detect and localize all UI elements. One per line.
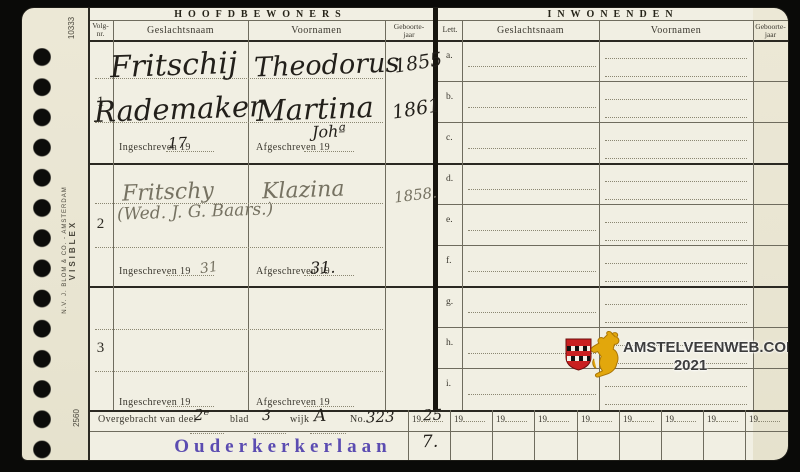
- row-letter: a.: [446, 51, 453, 61]
- section-title-inwonenden: INWONENDEN: [438, 9, 788, 20]
- year-cell: 19: [496, 412, 527, 424]
- fill-in-line: [716, 412, 738, 422]
- no-label: No.: [350, 414, 366, 425]
- lion-rampant-icon: [588, 330, 624, 378]
- handwritten-surname: Fritschij: [109, 46, 237, 85]
- cell-border: [661, 410, 662, 460]
- row-letter: e.: [446, 215, 453, 225]
- writing-line: [468, 189, 596, 190]
- cell-border: [492, 410, 493, 460]
- fill-in-line: [190, 424, 224, 434]
- column-header-birthyear-right: Geboorte- jaar: [753, 23, 788, 39]
- year-prefix: 19: [412, 414, 421, 424]
- table-left-border: [88, 8, 90, 460]
- cell-border: [450, 410, 451, 460]
- writing-line: [605, 58, 747, 59]
- column-header-surname-left: Geslachtsnaam: [113, 25, 248, 36]
- year-cell: 19: [623, 412, 654, 424]
- writing-line: [605, 404, 747, 405]
- column-header-firstnames-left: Voornamen: [248, 25, 385, 36]
- column-header-firstnames-right: Voornamen: [599, 25, 753, 36]
- checker-band-bottom: [567, 356, 590, 361]
- handwritten-ingeschreven-year: 17: [168, 134, 188, 153]
- lodger-row-g: g.: [438, 286, 788, 328]
- lodger-row-c: c.: [438, 122, 788, 163]
- writing-line: [468, 312, 596, 313]
- cell-border: [745, 410, 746, 460]
- writing-line: [605, 386, 747, 387]
- birthyear-line2: jaar: [385, 31, 433, 39]
- wijk-label: wijk: [290, 414, 309, 425]
- year-prefix: 19: [496, 414, 505, 424]
- row-letter: f.: [446, 256, 452, 266]
- handwritten-no: 323: [366, 408, 395, 427]
- writing-line: [605, 117, 747, 118]
- row-letter: d.: [446, 174, 453, 184]
- title-rule: [88, 20, 788, 21]
- margin-printer-imprint: N.V. J. BLOM & CO. - AMSTERDAM VISIBLEX: [62, 170, 84, 330]
- column-header-surname-right: Geslachtsnaam: [462, 25, 599, 36]
- lodger-row-a: a.: [438, 40, 788, 82]
- scanned-register-card-page: 10333 N.V. J. BLOM & CO. - AMSTERDAM VIS…: [0, 0, 800, 472]
- watermark-year: 2021: [623, 357, 758, 374]
- handwritten-deel: 2ᵉ: [194, 406, 210, 425]
- column-header-lett: Lett.: [438, 26, 462, 34]
- writing-line: [468, 66, 596, 67]
- cell-border: [703, 410, 704, 460]
- fill-in-line: [674, 412, 696, 422]
- birthyear-line2: jaar: [753, 31, 788, 39]
- year-prefix: 19: [623, 414, 632, 424]
- margin-form-number-bottom: 2560: [72, 398, 84, 438]
- year-prefix: 19: [538, 414, 547, 424]
- writing-line: [605, 240, 747, 241]
- handwritten-firstnames: Klazina: [262, 177, 345, 205]
- handwritten-afgeschreven-year: 31.: [310, 258, 336, 278]
- bevolkingsregister-card: 10333 N.V. J. BLOM & CO. - AMSTERDAM VIS…: [22, 8, 788, 460]
- column-header-volgnr: Volg- nr.: [88, 22, 113, 38]
- writing-line: [605, 322, 747, 323]
- fill-in-line: [310, 424, 346, 434]
- row-letter: g.: [446, 297, 453, 307]
- handwritten-transfer-year: 25: [423, 406, 443, 425]
- year-cell: 19: [707, 412, 738, 424]
- row-letter: b.: [446, 92, 453, 102]
- year-cell: 19: [665, 412, 696, 424]
- year-cell: 19: [749, 412, 780, 424]
- writing-line: [605, 281, 747, 282]
- fill-in-line: [463, 412, 485, 422]
- margin-form-number-top: 10333: [67, 8, 79, 48]
- writing-line: [468, 148, 596, 149]
- writing-line: [605, 140, 747, 141]
- fill-in-line: [304, 142, 354, 152]
- fill-in-line: [547, 412, 569, 422]
- writing-line: [605, 263, 747, 264]
- handwritten-firstnames: Theodorus: [254, 47, 400, 83]
- writing-line: [605, 222, 747, 223]
- section-title-hoofdbewoners: HOOFDBEWONERS: [88, 9, 433, 20]
- writing-line: [605, 304, 747, 305]
- row-letter: h.: [446, 338, 453, 348]
- punch-holes: [33, 48, 51, 459]
- writing-line: [95, 247, 383, 248]
- fill-in-line: [590, 412, 612, 422]
- year-prefix: 19: [707, 414, 716, 424]
- blad-label: blad: [230, 414, 249, 425]
- year-prefix: 19: [749, 414, 758, 424]
- fill-in-line: [254, 424, 286, 434]
- writing-line: [468, 271, 596, 272]
- writing-line: [95, 371, 383, 372]
- lodger-row-f: f.: [438, 245, 788, 286]
- lodger-row-d: d.: [438, 163, 788, 205]
- writing-line: [605, 76, 747, 77]
- row-letter: c.: [446, 133, 453, 143]
- row-number-3: 3: [88, 340, 113, 357]
- handwritten-firstnames-extra: Johª: [312, 121, 347, 141]
- writing-line: [605, 199, 747, 200]
- watermark-site: AMSTELVEENWEB.COM: [623, 339, 788, 356]
- cell-border: [577, 410, 578, 460]
- fill-in-line: [505, 412, 527, 422]
- year-cell: 19: [538, 412, 569, 424]
- cell-border: [534, 410, 535, 460]
- lodger-row-e: e.: [438, 204, 788, 246]
- writing-line: [605, 158, 747, 159]
- writing-line: [605, 99, 747, 100]
- column-header-birthyear-left: Geboorte- jaar: [385, 23, 433, 39]
- fill-in-line: [632, 412, 654, 422]
- handwritten-ingeschreven-year: 31: [199, 259, 219, 277]
- writing-line: [468, 230, 596, 231]
- writing-line: [468, 107, 596, 108]
- cell-border: [619, 410, 620, 460]
- writing-line: [95, 329, 383, 330]
- brand-label: VISIBLEX: [68, 170, 77, 330]
- year-prefix: 19: [665, 414, 674, 424]
- fill-in-line: [758, 412, 780, 422]
- writing-line: [605, 181, 747, 182]
- handwritten-house-number: 7.: [422, 432, 439, 453]
- fill-in-line: [304, 397, 354, 407]
- writing-line: [468, 394, 596, 395]
- row-number-2: 2: [88, 216, 113, 233]
- checker-band-top: [567, 346, 590, 351]
- volgnr-line2: nr.: [88, 30, 113, 38]
- year-prefix: 19: [454, 414, 463, 424]
- lodger-row-b: b.: [438, 81, 788, 123]
- year-cell: 19: [454, 412, 485, 424]
- row-letter: i.: [446, 379, 451, 389]
- handwritten-surname: Rademaker: [93, 89, 263, 129]
- handwritten-blad: 3: [262, 408, 271, 424]
- street-name-stamp: Ouderkerkerlaan: [148, 436, 418, 458]
- year-prefix: 19: [581, 414, 590, 424]
- overgebracht-label: Overgebracht van deel: [98, 414, 197, 425]
- year-cell: 19: [581, 412, 612, 424]
